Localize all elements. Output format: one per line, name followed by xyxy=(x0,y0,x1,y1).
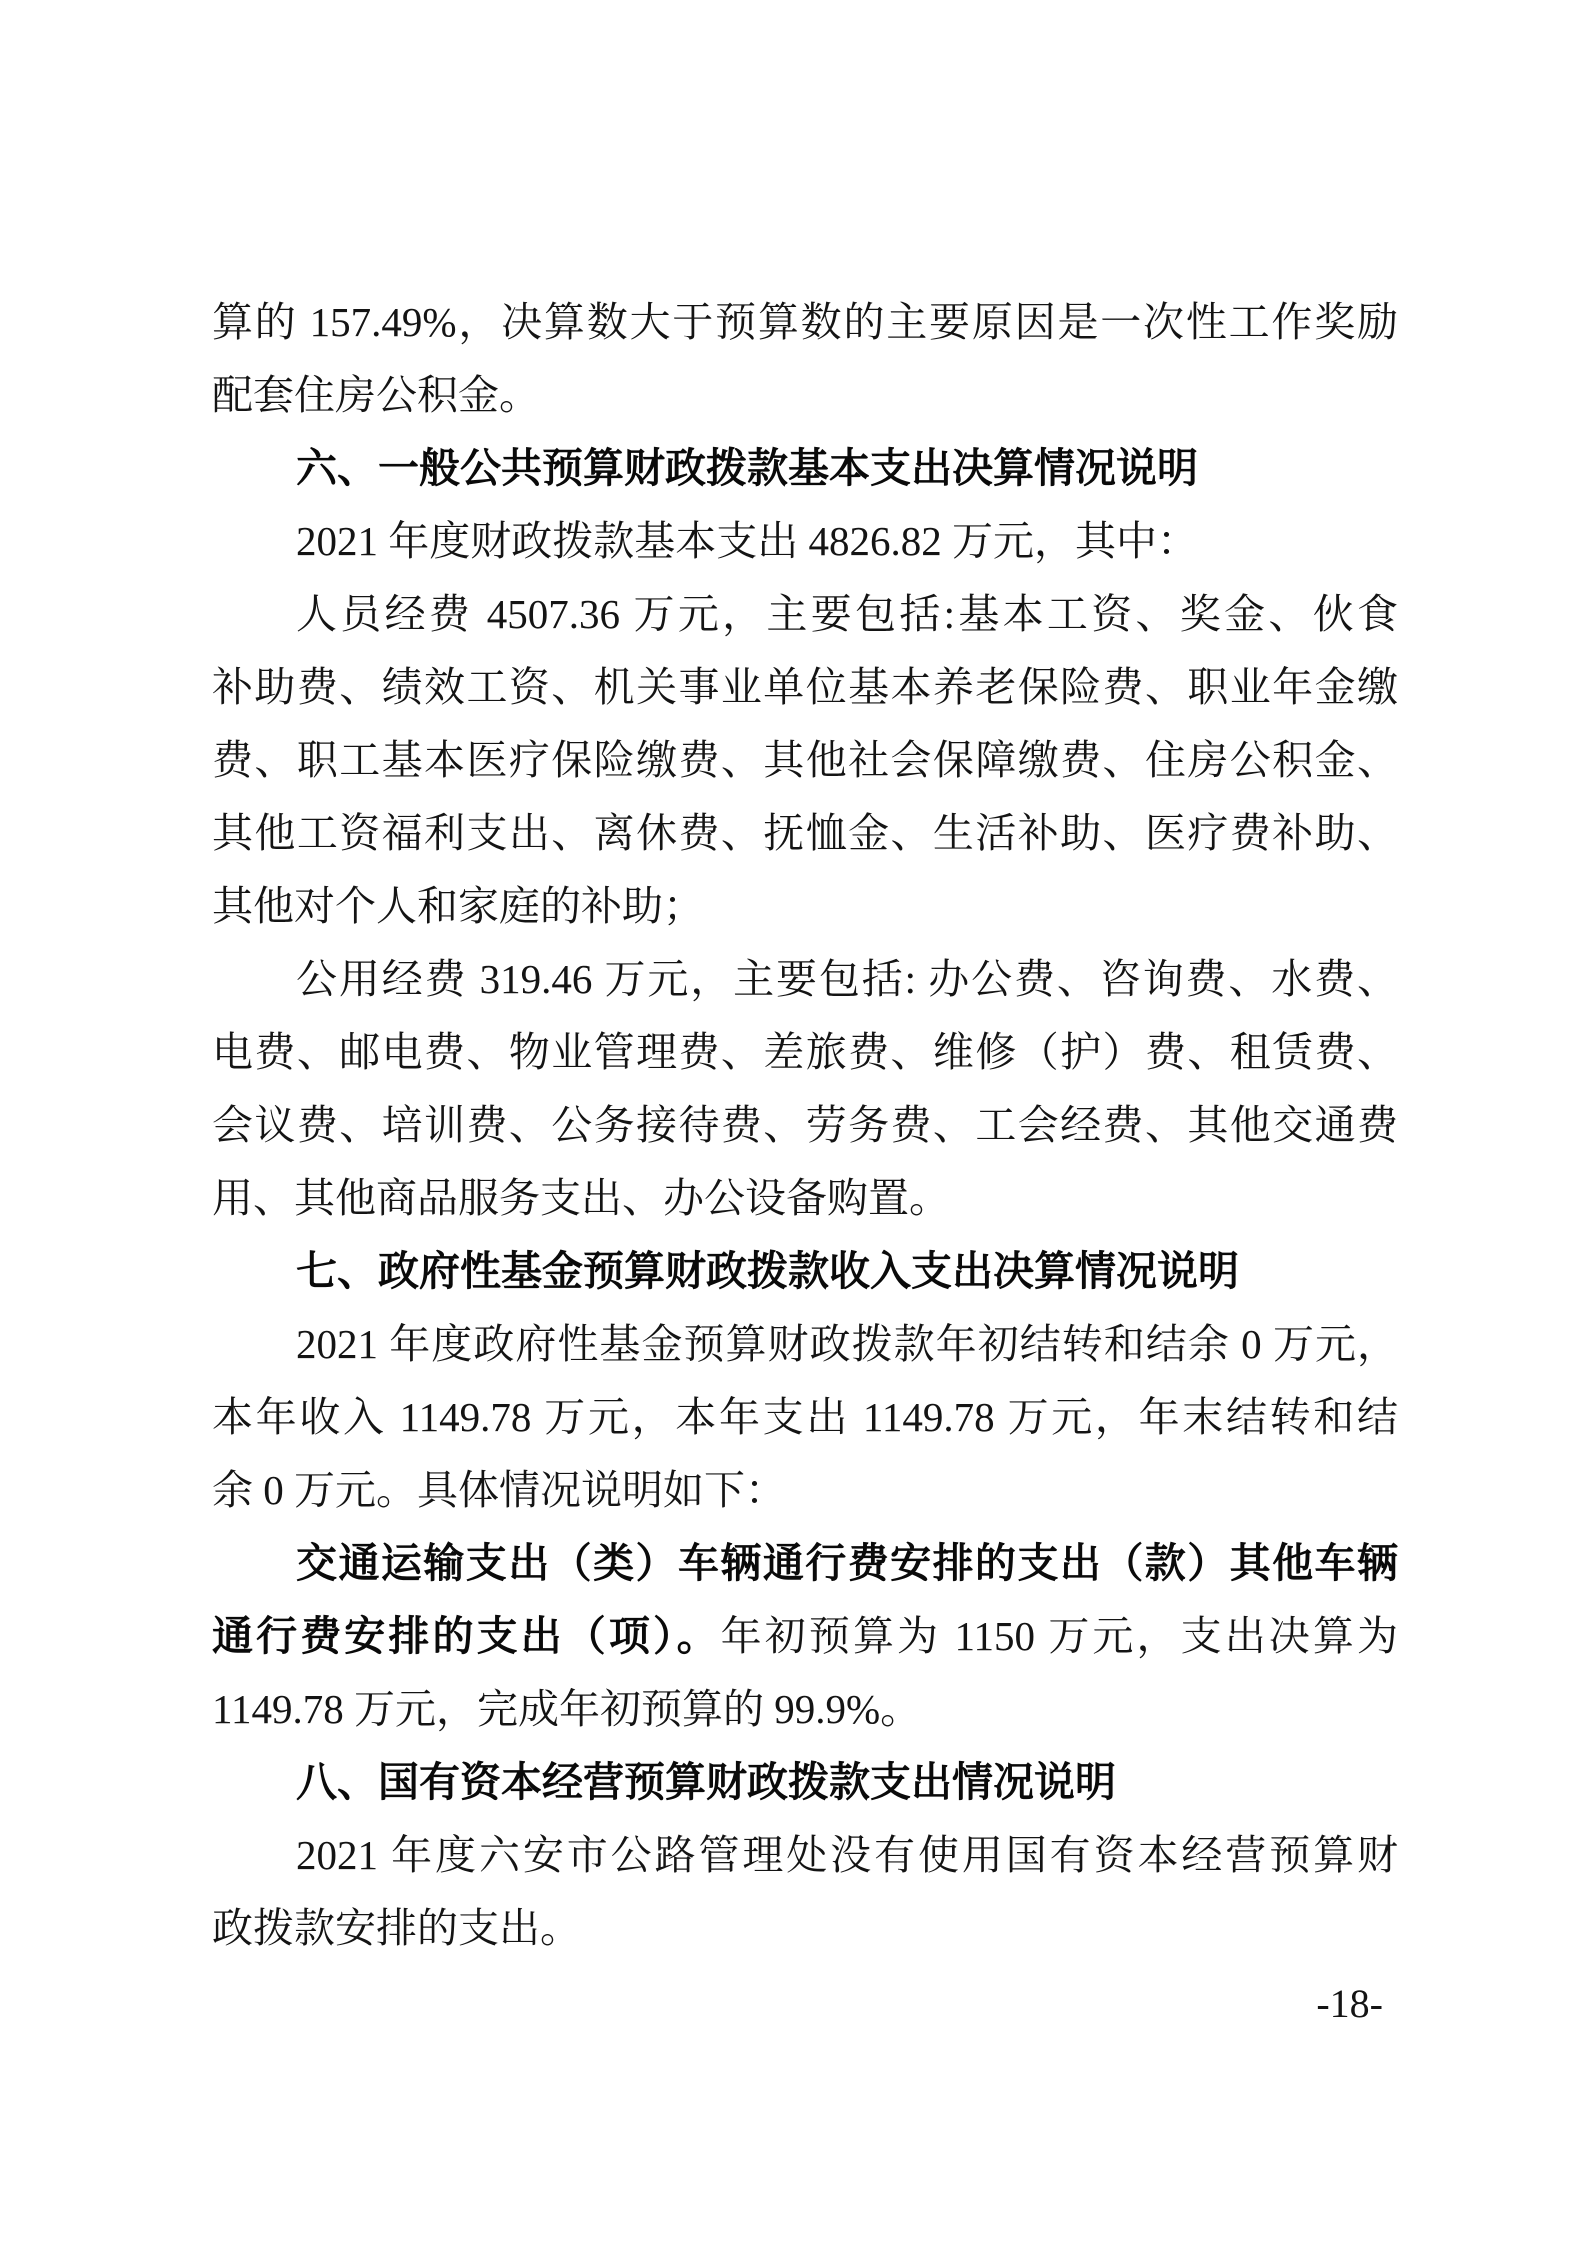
text-line: 会议费、培训费、公务接待费、劳务费、工会经费、其他交通费 xyxy=(212,1089,1398,1162)
text-run: 年初预算为 1150 万元，支出决算为 xyxy=(721,1613,1398,1659)
paragraph-basic-expenditure-total: 2021 年度财政拨款基本支出 4826.82 万元，其中： xyxy=(212,505,1398,578)
text-line: 2021 年度政府性基金预算财政拨款年初结转和结余 0 万元， xyxy=(212,1308,1398,1381)
paragraph-personnel-expenses: 人员经费 4507.36 万元，主要包括:基本工资、奖金、伙食 补助费、绩效工资… xyxy=(212,578,1398,943)
document-page: 算的 157.49%，决算数大于预算数的主要原因是一次性工作奖励 配套住房公积金… xyxy=(0,0,1587,2245)
text-line: 通行费安排的支出（项）。年初预算为 1150 万元，支出决算为 xyxy=(212,1600,1398,1673)
text-line: 费、职工基本医疗保险缴费、其他社会保障缴费、住房公积金、 xyxy=(212,724,1398,797)
text-line: 余 0 万元。具体情况说明如下： xyxy=(212,1454,1398,1527)
text-line: 用、其他商品服务支出、办公设备购置。 xyxy=(212,1162,1398,1235)
heading-line: 七、政府性基金预算财政拨款收入支出决算情况说明 xyxy=(212,1235,1398,1308)
text-line: 2021 年度六安市公路管理处没有使用国有资本经营预算财 xyxy=(212,1819,1398,1892)
paragraph-gov-fund-budget: 2021 年度政府性基金预算财政拨款年初结转和结余 0 万元， 本年收入 114… xyxy=(212,1308,1398,1527)
text-line: 1149.78 万元，完成年初预算的 99.9%。 xyxy=(212,1673,1398,1746)
bold-run: 通行费安排的支出（项）。 xyxy=(212,1613,721,1659)
text-line: 配套住房公积金。 xyxy=(212,359,1398,432)
page-number: -18- xyxy=(1316,1982,1383,2026)
text-line: 2021 年度财政拨款基本支出 4826.82 万元，其中： xyxy=(212,505,1398,578)
paragraph-budget-overrun-note: 算的 157.49%，决算数大于预算数的主要原因是一次性工作奖励 配套住房公积金… xyxy=(212,286,1398,432)
paragraph-transport-expenditure: 交通运输支出（类）车辆通行费安排的支出（款）其他车辆 通行费安排的支出（项）。年… xyxy=(212,1527,1398,1746)
heading-section-8: 八、国有资本经营预算财政拨款支出情况说明 xyxy=(212,1746,1398,1819)
document-body: 算的 157.49%，决算数大于预算数的主要原因是一次性工作奖励 配套住房公积金… xyxy=(212,286,1398,1965)
paragraph-public-expenses: 公用经费 319.46 万元，主要包括: 办公费、咨询费、水费、 电费、邮电费、… xyxy=(212,943,1398,1235)
heading-section-7: 七、政府性基金预算财政拨款收入支出决算情况说明 xyxy=(212,1235,1398,1308)
text-line: 本年收入 1149.78 万元，本年支出 1149.78 万元，年末结转和结 xyxy=(212,1381,1398,1454)
text-line: 人员经费 4507.36 万元，主要包括:基本工资、奖金、伙食 xyxy=(212,578,1398,651)
text-line: 其他工资福利支出、离休费、抚恤金、生活补助、医疗费补助、 xyxy=(212,797,1398,870)
text-line: 算的 157.49%，决算数大于预算数的主要原因是一次性工作奖励 xyxy=(212,286,1398,359)
text-line: 交通运输支出（类）车辆通行费安排的支出（款）其他车辆 xyxy=(212,1527,1398,1600)
text-line: 公用经费 319.46 万元，主要包括: 办公费、咨询费、水费、 xyxy=(212,943,1398,1016)
heading-line: 八、国有资本经营预算财政拨款支出情况说明 xyxy=(212,1746,1398,1819)
heading-line: 六、一般公共预算财政拨款基本支出决算情况说明 xyxy=(212,432,1398,505)
paragraph-state-capital: 2021 年度六安市公路管理处没有使用国有资本经营预算财 政拨款安排的支出。 xyxy=(212,1819,1398,1965)
heading-section-6: 六、一般公共预算财政拨款基本支出决算情况说明 xyxy=(212,432,1398,505)
text-line: 补助费、绩效工资、机关事业单位基本养老保险费、职业年金缴 xyxy=(212,651,1398,724)
text-line: 其他对个人和家庭的补助； xyxy=(212,870,1398,943)
text-line: 电费、邮电费、物业管理费、差旅费、维修（护）费、租赁费、 xyxy=(212,1016,1398,1089)
bold-run: 交通运输支出（类）车辆通行费安排的支出（款）其他车辆 xyxy=(296,1540,1398,1586)
text-line: 政拨款安排的支出。 xyxy=(212,1892,1398,1965)
